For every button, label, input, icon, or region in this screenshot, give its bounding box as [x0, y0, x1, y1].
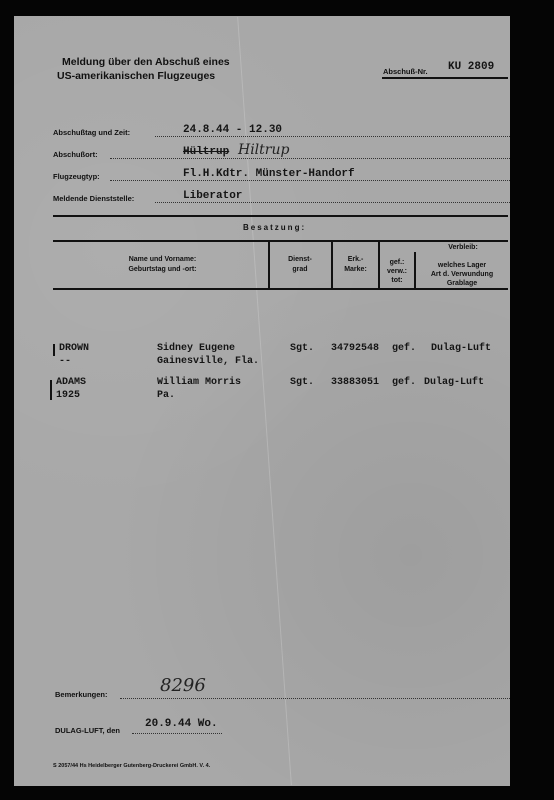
dienststelle-label: Meldende Dienststelle:: [53, 194, 134, 203]
abschuss-nr-underline: [382, 77, 508, 79]
bemerkungen-label: Bemerkungen:: [55, 690, 108, 699]
table-top-rule: [53, 215, 508, 217]
dotted-line: [155, 136, 510, 137]
header-erk-line1: Erk.-: [333, 255, 378, 265]
crew-serial: 34792548: [331, 342, 379, 355]
table-header-rule: [53, 240, 508, 242]
crew-serial: 33883051: [331, 376, 379, 389]
crew-status: gef.: [392, 342, 416, 355]
table-bottom-rule: [53, 288, 508, 290]
form-title-line2: US-amerikanischen Flugzeuges: [57, 69, 215, 83]
besatzung-title: Besatzung:: [243, 223, 306, 232]
header-erk-line2: Marke:: [333, 265, 378, 275]
flugzeugtyp-label: Flugzeugtyp:: [53, 172, 100, 181]
header-name: Name und Vorname: Geburtstag und -ort:: [60, 255, 265, 275]
crew-place: Gainesville, Fla.: [157, 355, 259, 368]
crew-surname: DROWN: [59, 342, 89, 355]
crew-given-names: William Morris: [157, 376, 241, 389]
crew-given-names: Sidney Eugene: [157, 342, 235, 355]
dotted-line: [110, 180, 510, 181]
header-verbleib-details: welches Lager Art d. Verwundung Grablage: [416, 261, 508, 288]
header-verbleib-line1: welches Lager: [416, 261, 508, 270]
bemerkungen-value: 8296: [160, 675, 206, 696]
header-name-line2: Geburtstag und -ort:: [60, 265, 265, 275]
dotted-line: [155, 202, 510, 203]
flugzeugtyp-value: Fl.H.Kdtr. Münster-Handorf: [183, 168, 355, 180]
crew-place: Pa.: [157, 389, 175, 402]
header-name-line1: Name und Vorname:: [60, 255, 265, 265]
dotted-line: [120, 698, 510, 699]
dienststelle-value: Liberator: [183, 190, 242, 202]
header-erkennungsmarke: Erk.- Marke:: [333, 255, 378, 275]
abschusstag-value: 24.8.44 - 12.30: [183, 124, 282, 136]
row-marker: [50, 380, 52, 400]
header-status-line1: gef.:: [380, 258, 414, 267]
crew-rank: Sgt.: [290, 342, 314, 355]
header-verbleib-line3: Grablage: [416, 279, 508, 288]
dulag-date-value: 20.9.44 Wo.: [145, 718, 218, 730]
abschussort-struck-value: Hültrup: [183, 146, 229, 158]
printer-imprint: S 2057/44 Hs Heidelberger Gutenberg-Druc…: [53, 763, 210, 769]
row-marker: [53, 344, 55, 356]
abschussort-handwritten-value: Hiltrup: [238, 142, 289, 158]
crew-birth: 1925: [56, 389, 80, 402]
header-verbleib-line2: Art d. Verwundung: [416, 270, 508, 279]
crew-rank: Sgt.: [290, 376, 314, 389]
dotted-line: [132, 733, 222, 734]
header-dienstgrad: Dienst- grad: [270, 255, 330, 275]
abschuss-nr-label: Abschuß-Nr.: [383, 67, 428, 76]
header-verbleib-title: Verbleib:: [418, 243, 508, 253]
form-title-line1: Meldung über den Abschuß eines: [62, 55, 230, 69]
header-dienstgrad-line2: grad: [270, 265, 330, 275]
crew-camp: Dulag-Luft: [431, 342, 491, 355]
crew-birth: --: [59, 355, 71, 368]
crew-camp: Dulag-Luft: [424, 376, 484, 389]
header-status: gef.: verw.: tot:: [380, 258, 414, 285]
crew-status: gef.: [392, 376, 416, 389]
crew-surname: ADAMS: [56, 376, 86, 389]
abschussort-label: Abschußort:: [53, 150, 98, 159]
dotted-line: [110, 158, 510, 159]
header-dienstgrad-line1: Dienst-: [270, 255, 330, 265]
header-status-line2: verw.:: [380, 267, 414, 276]
header-status-line3: tot:: [380, 276, 414, 285]
abschusstag-label: Abschußtag und Zeit:: [53, 128, 130, 137]
dulag-label: DULAG-LUFT, den: [55, 726, 120, 735]
abschuss-nr-value: KU 2809: [448, 61, 494, 73]
header-verbleib: Verbleib:: [418, 243, 508, 253]
